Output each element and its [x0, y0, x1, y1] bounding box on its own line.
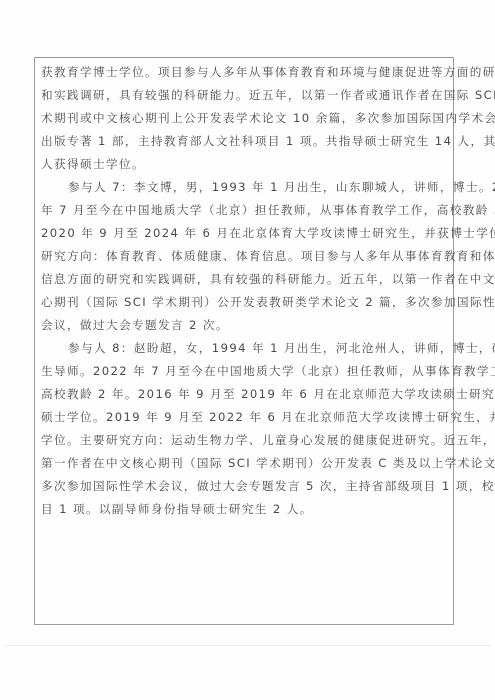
text-line: 硕士学位。2019 年 9 月至 2022 年 6 月在北京师范大学攻读博士研究… [41, 406, 447, 429]
paragraph-participant-7: 参与人 7：李文博，男，1993 年 1 月出生，山东聊城人，讲师，博士。201… [41, 176, 447, 337]
text-line: 信息方面的研究和实践调研，具有较强的科研能力。近五年，以第一作者在中文核 [41, 268, 447, 291]
text-line: 高校教龄 2 年。2016 年 9 月至 2019 年 6 月在北京师范大学攻读… [41, 383, 447, 406]
text-line: 心期刊（国际 SCI 学术期刊）公开发表教研类学术论文 2 篇，多次参加国际性学… [41, 291, 447, 314]
text-line: 参与人 8：赵盼超，女，1994 年 1 月出生，河北沧州人，讲师，博士，硕士 [41, 337, 447, 360]
text-line: 会议，做过大会专题发言 2 次。 [41, 314, 447, 337]
text-line: 出版专著 1 部，主持教育部人文社科项目 1 项。共指导硕士研究生 14 人，其… [41, 130, 447, 153]
text-line: 生导师。2022 年 7 月至今在中国地质大学（北京）担任教师，从事体育教学工作… [41, 360, 447, 383]
text-line: 获教育学博士学位。项目参与人多年从事体育教育和环境与健康促进等方面的研究 [41, 61, 447, 84]
text-line: 多次参加国际性学术会议，做过大会专题发言 5 次，主持省部级项目 1 项，校级项 [41, 475, 447, 498]
text-line: 术期刊或中文核心期刊上公开发表学术论文 10 余篇，多次参加国际国内学术会议， [41, 107, 447, 130]
text-line: 2020 年 9 月至 2024 年 6 月在北京体育大学攻读博士研究生，并获博… [41, 222, 447, 245]
paragraph-participant-8: 参与人 8：赵盼超，女，1994 年 1 月出生，河北沧州人，讲师，博士，硕士 … [41, 337, 447, 521]
text-line: 学位。主要研究方向：运动生物力学、儿童身心发展的健康促进研究。近五年，以 [41, 429, 447, 452]
text-line: 和实践调研，具有较强的科研能力。近五年，以第一作者或通讯作者在国际 SCI 学 [41, 84, 447, 107]
text-line: 人获得硕士学位。 [41, 153, 447, 176]
text-line: 研究方向：体育教育、体质健康、体育信息。项目参与人多年从事体育教育和体育 [41, 245, 447, 268]
scan-edge-divider [4, 645, 491, 646]
text-line: 第一作者在中文核心期刊（国际 SCI 学术期刊）公开发表 C 类及以上学术论文 … [41, 452, 447, 475]
document-page: 获教育学博士学位。项目参与人多年从事体育教育和环境与健康促进等方面的研究 和实践… [0, 0, 495, 700]
text-line: 年 7 月至今在中国地质大学（北京）担任教师，从事体育教学工作，高校教龄 5 年… [41, 199, 447, 222]
text-line: 目 1 项。以副导师身份指导硕士研究生 2 人。 [41, 498, 447, 521]
text-line: 参与人 7：李文博，男，1993 年 1 月出生，山东聊城人，讲师，博士。201… [41, 176, 447, 199]
bio-text-box: 获教育学博士学位。项目参与人多年从事体育教育和环境与健康促进等方面的研究 和实践… [34, 57, 454, 625]
paragraph-continued-bio: 获教育学博士学位。项目参与人多年从事体育教育和环境与健康促进等方面的研究 和实践… [41, 61, 447, 176]
